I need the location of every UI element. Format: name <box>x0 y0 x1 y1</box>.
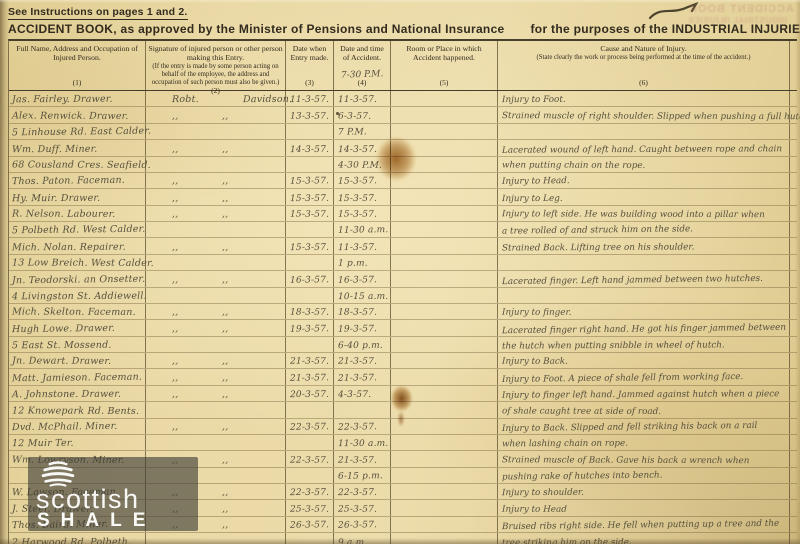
signature-cell: ,,,, <box>146 419 286 434</box>
handwritten-name: Mich. Nolan. Repairer. <box>9 241 126 254</box>
handwritten-signature-ditto: ,, <box>222 110 228 122</box>
handwritten-place <box>391 121 395 122</box>
injury-cell <box>498 124 790 139</box>
handwritten-name: 5 East St. Mossend. <box>9 340 112 353</box>
handwritten-signature: ,, <box>172 209 178 221</box>
handwritten-accident-date: 22-3-57. <box>334 488 377 499</box>
handwritten-name: 5 Linhouse Rd. East Calder. <box>9 126 151 140</box>
accident-date-cell: 21-3-57. <box>334 353 391 368</box>
accident-date-cell: 26-3-57. <box>334 517 391 532</box>
signature-cell: ,,,, <box>146 320 286 335</box>
table-row: Hy. Muir. Drawer. ,,,, 15-3-57. 15-3-57.… <box>9 189 797 205</box>
table-row: 5 Linhouse Rd. East Calder. 7 P.M. <box>9 124 797 140</box>
handwritten-place <box>391 400 395 401</box>
entry-date-cell <box>286 255 334 270</box>
injury-cell: the hutch when putting snibble in wheel … <box>498 337 790 352</box>
handwritten-place <box>391 367 395 368</box>
name-cell: Wm. Duff. Miner. <box>9 140 146 155</box>
handwritten-place <box>391 318 395 319</box>
name-cell: Alex. Renwick. Drawer. <box>9 107 146 122</box>
handwritten-signature-ditto: ,, <box>222 454 228 466</box>
pen-mark-icon <box>648 2 700 22</box>
name-cell: R. Nelson. Labourer. <box>9 206 146 221</box>
handwritten-injury <box>498 138 502 139</box>
table-row: Hugh Lowe. Drawer. ,,,, 19-3-57. 19-3-57… <box>9 320 797 336</box>
handwritten-entry-date: 15-3-57. <box>286 210 329 221</box>
handwritten-injury: Injury to Back. <box>498 357 568 368</box>
entry-date-cell: 21-3-57. <box>286 353 334 368</box>
table-header: Full Name, Address and Occupation of Inj… <box>9 41 797 91</box>
handwritten-accident-date: 7 P.M. <box>334 127 367 138</box>
handwritten-signature: ,, <box>172 372 179 384</box>
injury-cell: Injury to Foot. A piece of shale fell fr… <box>498 369 790 384</box>
accident-date-cell: 4-3-57. <box>334 386 391 401</box>
table-row: 68 Cousland Cres. Seafield. 4-30 P.M. wh… <box>9 157 797 173</box>
handwritten-injury: Lacerated finger. Left hand jammed betwe… <box>498 273 763 287</box>
handwritten-accident-date: 22-3-57. <box>334 422 377 434</box>
entry-date-cell: 16-3-57. <box>286 271 334 286</box>
handwritten-entry-date: 19-3-57. <box>286 324 329 336</box>
handwritten-entry-date: 15-3-57. <box>286 194 329 205</box>
entry-date-cell: 14-3-57. <box>286 140 334 155</box>
injury-cell: when putting chain on the rope. <box>498 157 790 172</box>
handwritten-signature-ditto: ,, <box>222 307 228 319</box>
handwritten-injury: Strained muscle of Back. Gave his back a… <box>498 455 749 467</box>
handwritten-name: Matt. Jamieson. Faceman. <box>9 371 142 385</box>
name-cell: Jn. Teodorski. an Onsetter. <box>9 271 146 286</box>
accident-date-cell: 22-3-57. <box>334 419 391 434</box>
handwritten-entry-date <box>286 351 290 352</box>
handwritten-accident-date: 25-3-57. <box>334 504 377 515</box>
handwritten-place <box>391 171 395 172</box>
column-header-name: Full Name, Address and Occupation of Inj… <box>9 41 146 90</box>
handwritten-signature: ,, <box>172 356 178 368</box>
handwritten-entry-date: 18-3-57. <box>286 308 329 319</box>
handwritten-accident-date: 11-3-57. <box>334 243 377 254</box>
handwritten-signature: Robt. <box>172 94 199 106</box>
handwritten-name: Jn. Dewart. Drawer. <box>9 356 111 368</box>
name-cell: 12 Muir Ter. <box>9 435 146 450</box>
table-row: 5 East St. Mossend. 6-40 p.m. the hutch … <box>9 337 797 353</box>
entry-date-cell: 11-3-57. <box>286 91 334 106</box>
handwritten-signature-ditto: ,, <box>222 520 229 532</box>
handwritten-place <box>391 302 395 303</box>
signature-cell <box>146 255 286 270</box>
accident-date-cell: 21-3-57. <box>334 451 391 466</box>
place-cell <box>391 533 498 544</box>
injury-cell: Injury to Back. <box>498 353 790 368</box>
handwritten-name: Alex. Renwick. Drawer. <box>9 110 129 122</box>
handwritten-entry-date: 15-3-57. <box>286 243 329 254</box>
handwritten-place <box>391 449 395 450</box>
signature-cell <box>146 402 286 417</box>
signature-cell: ,,,, <box>146 304 286 319</box>
scottish-shale-watermark: scottish SHALE <box>28 457 198 531</box>
accident-date-cell <box>334 402 391 417</box>
handwritten-signature: ,, <box>172 421 179 433</box>
handwritten-place <box>391 105 395 106</box>
handwritten-injury: when putting chain on the rope. <box>498 160 645 172</box>
injury-cell: Injury to Foot. <box>498 91 790 106</box>
handwritten-injury: tree striking him on the side. <box>498 537 632 544</box>
entry-date-cell: 19-3-57. <box>286 320 334 335</box>
handwritten-name: Jas. Fairley. Drawer. <box>9 94 113 107</box>
name-cell: Dvd. McPhail. Miner. <box>9 419 146 434</box>
signature-cell <box>146 288 286 303</box>
accident-book-page: See Instructions on pages 1 and 2. ACCID… <box>0 0 800 544</box>
handwritten-accident-date: 6-3-57. <box>334 111 371 122</box>
accident-date-cell: 18-3-57. <box>334 304 391 319</box>
signature-cell: ,,,, <box>146 140 286 155</box>
injury-cell: Injury to left side. He was building woo… <box>498 206 790 221</box>
handwritten-name: Wm. Duff. Miner. <box>9 143 98 155</box>
injury-cell: Strained Back. Lifting tree on his shoul… <box>498 238 790 253</box>
handwritten-signature: ,, <box>172 389 179 401</box>
handwritten-entry-date <box>286 449 290 450</box>
table-row: Wm. Duff. Miner. ,,,, 14-3-57. 14-3-57. … <box>9 140 797 156</box>
handwritten-injury <box>498 302 502 303</box>
name-cell: 2 Harwood Rd. Polbeth. <box>9 533 146 544</box>
accident-date-cell: 11-3-57. <box>334 238 391 253</box>
handwritten-place <box>391 285 395 286</box>
handwritten-injury: the hutch when putting snibble in wheel … <box>498 340 725 352</box>
handwritten-place <box>391 531 395 532</box>
accident-date-cell: 4-30 P.M. <box>334 157 391 172</box>
name-cell: Mich. Nolan. Repairer. <box>9 238 146 253</box>
handwritten-entry-date: 25-3-57. <box>286 504 329 515</box>
watermark-text-shale: SHALE <box>37 510 156 531</box>
signature-cell: ,,,, <box>146 271 286 286</box>
name-cell: 4 Livingston St. Addiewell. <box>9 288 146 303</box>
place-cell <box>391 238 498 253</box>
injury-cell: Injury to Back. Slipped and fell strikin… <box>498 419 790 434</box>
name-cell: 13 Low Breich. West Calder. <box>9 255 146 270</box>
handwritten-accident-date: 1 p.m. <box>334 259 368 270</box>
handwritten-signature-ditto: Davidson. <box>243 94 292 106</box>
entry-date-cell: 13-3-57. <box>286 107 334 122</box>
entry-date-cell: 15-3-57. <box>286 189 334 204</box>
place-cell <box>391 206 498 221</box>
name-cell: A. Johnstone. Drawer. <box>9 386 146 401</box>
injury-cell: Injury to Leg. <box>498 189 790 204</box>
handwritten-injury: pushing rake of hutches into bench. <box>498 470 663 483</box>
table-row: Mich. Skelton. Faceman. ,,,, 18-3-57. 18… <box>9 304 797 320</box>
handwritten-injury: Strained muscle of right shoulder. Slipp… <box>498 111 800 123</box>
handwritten-signature: ,, <box>172 110 178 122</box>
handwritten-place <box>391 253 395 254</box>
handwritten-accident-date: 18-3-57. <box>334 308 377 319</box>
name-cell: Jn. Dewart. Drawer. <box>9 353 146 368</box>
accident-date-cell: 21-3-57. <box>334 369 391 384</box>
accident-date-cell: 1 p.m. <box>334 255 391 270</box>
handwritten-place <box>391 351 395 352</box>
handwritten-name: 2 Harwood Rd. Polbeth. <box>9 536 131 544</box>
handwritten-signature-ditto: ,, <box>222 274 229 286</box>
entry-date-cell <box>286 402 334 417</box>
table-row: 4 Livingston St. Addiewell. 10-15 a.m. <box>9 288 797 304</box>
signature-cell <box>146 337 286 352</box>
accident-date-cell: 14-3-57. <box>334 140 391 155</box>
handwritten-place <box>391 498 395 499</box>
signature-cell: ,,,, <box>146 353 286 368</box>
instructions-note: See Instructions on pages 1 and 2. <box>8 6 188 20</box>
handwritten-accident-date: 9 a.m. <box>334 537 367 544</box>
handwritten-signature-ditto: ,, <box>222 209 228 221</box>
accident-date-cell: 10-15 a.m. <box>334 288 391 303</box>
handwritten-name: Hy. Muir. Drawer. <box>9 192 100 204</box>
place-cell <box>391 500 498 515</box>
injury-cell: tree striking him on the side. <box>498 533 790 544</box>
table-row: Jn. Dewart. Drawer. ,,,, 21-3-57. 21-3-5… <box>9 353 797 369</box>
place-cell <box>391 189 498 204</box>
accident-date-cell: 11-30 a.m. <box>334 435 391 450</box>
entry-date-cell: 22-3-57. <box>286 419 334 434</box>
handwritten-signature-ditto: ,, <box>222 389 229 401</box>
accident-date-cell: 6-40 p.m. <box>334 337 391 352</box>
handwritten-injury: Injury to left side. He was building woo… <box>498 209 765 221</box>
handwritten-signature: ,, <box>172 242 179 254</box>
handwritten-accident-date: 4-3-57. <box>334 390 371 401</box>
column-header-signature: Signature of injured person or other per… <box>146 41 286 90</box>
handwritten-entry-date: 22-3-57. <box>286 455 329 466</box>
entry-date-cell <box>286 337 334 352</box>
handwritten-accident-date: 21-3-57. <box>334 455 377 466</box>
table-row: 5 Polbeth Rd. West Calder. 11-30 a.m. a … <box>9 222 797 238</box>
handwritten-accident-date: 26-3-57. <box>334 520 377 532</box>
handwritten-signature: ,, <box>172 274 179 286</box>
place-cell <box>391 468 498 483</box>
name-cell: 68 Cousland Cres. Seafield. <box>9 157 146 172</box>
place-cell <box>391 386 498 401</box>
injury-cell <box>498 255 790 270</box>
accident-date-cell: 15-3-57. <box>334 189 391 204</box>
handwritten-entry-date: 20-3-57. <box>286 390 329 401</box>
handwritten-name: Thos. Paton. Faceman. <box>9 175 125 188</box>
handwritten-place <box>391 187 395 188</box>
handwritten-entry-date <box>286 236 290 237</box>
table-row: 2 Harwood Rd. Polbeth. 9 a.m. tree strik… <box>9 533 797 544</box>
handwritten-accident-date: 11-3-57. <box>334 95 377 106</box>
handwritten-signature-ditto: ,, <box>222 421 229 433</box>
handwritten-injury: Injury to Back. Slipped and fell strikin… <box>498 421 757 435</box>
handwritten-entry-date <box>286 269 290 270</box>
handwritten-place <box>391 236 395 237</box>
accident-date-cell: 9 a.m. <box>334 533 391 544</box>
signature-cell: ,,,, <box>146 206 286 221</box>
name-cell: Matt. Jamieson. Faceman. <box>9 369 146 384</box>
handwritten-injury: Strained Back. Lifting tree on his shoul… <box>498 242 694 254</box>
handwritten-accident-date: 21-3-57. <box>334 373 377 385</box>
handwritten-place <box>391 465 395 466</box>
signature-cell: ,,,, <box>146 238 286 253</box>
handwritten-injury: when lashing chain on rope. <box>498 439 628 451</box>
entry-date-cell: 22-3-57. <box>286 484 334 499</box>
place-cell <box>391 517 498 532</box>
entry-date-cell <box>286 222 334 237</box>
name-cell: Thos. Paton. Faceman. <box>9 173 146 188</box>
handwritten-signature-ditto: ,, <box>222 372 229 384</box>
handwritten-accident-date: 21-3-57. <box>334 357 377 368</box>
handwritten-entry-date <box>286 416 290 417</box>
handwritten-place <box>391 383 395 384</box>
name-cell: 5 East St. Mossend. <box>9 337 146 352</box>
name-cell: Hugh Lowe. Drawer. <box>9 320 146 335</box>
handwritten-entry-date: 21-3-57. <box>286 357 329 368</box>
handwritten-injury: Injury to Leg. <box>498 193 563 204</box>
place-cell <box>391 271 498 286</box>
injury-cell: Injury to shoulder. <box>498 484 790 499</box>
place-cell <box>391 484 498 499</box>
accident-date-cell: 16-3-57. <box>334 271 391 286</box>
handwritten-name: Mich. Skelton. Faceman. <box>9 307 136 319</box>
handwritten-place <box>391 514 395 515</box>
column-header-accident-date: Date and time of Accident. (4) <box>334 41 391 90</box>
column-header-place: Room or Place in which Accident happened… <box>391 41 498 90</box>
handwritten-signature-ditto: ,, <box>222 242 229 254</box>
handwritten-injury: Injury to shoulder. <box>498 488 584 499</box>
handwritten-injury: Injury to finger left hand. Jammed again… <box>498 389 779 401</box>
entry-date-cell: 21-3-57. <box>286 369 334 384</box>
signature-cell <box>146 435 286 450</box>
table-row: Jn. Teodorski. an Onsetter. ,,,, 16-3-57… <box>9 271 797 287</box>
place-cell <box>391 320 498 335</box>
handwritten-name: 5 Polbeth Rd. West Calder. <box>9 224 146 238</box>
handwritten-entry-date: 15-3-57. <box>286 176 329 188</box>
handwritten-signature: ,, <box>172 323 179 335</box>
signature-cell: Robt.Davidson. <box>146 91 286 106</box>
injury-cell: Injury to finger left hand. Jammed again… <box>498 386 790 401</box>
entry-date-cell: 22-3-57. <box>286 451 334 466</box>
injury-cell: of shale caught tree at side of road. <box>498 402 790 417</box>
accident-date-cell: 25-3-57. <box>334 500 391 515</box>
injury-cell: Lacerated finger. Left hand jammed betwe… <box>498 271 790 286</box>
accident-date-cell: 15-3-57. <box>334 173 391 188</box>
handwritten-place <box>391 154 395 155</box>
handwritten-accident-date: 15-3-57. <box>334 194 377 205</box>
handwritten-accident-date <box>334 416 338 417</box>
handwritten-place <box>391 481 395 482</box>
signature-cell <box>146 157 286 172</box>
injury-cell: pushing rake of hutches into bench. <box>498 468 790 483</box>
handwritten-entry-date: 22-3-57. <box>286 422 329 434</box>
table-row: Thos. Paton. Faceman. ,,,, 15-3-57. 15-3… <box>9 173 797 189</box>
accident-date-cell: 11-30 a.m. <box>334 222 391 237</box>
handwritten-name: Jn. Teodorski. an Onsetter. <box>9 273 145 287</box>
table-row: Alex. Renwick. Drawer. ,,,, 13-3-57. 6-3… <box>9 107 797 123</box>
accident-date-cell: 22-3-57. <box>334 484 391 499</box>
handwritten-signature: ,, <box>172 307 178 319</box>
handwritten-entry-date <box>286 481 290 482</box>
handwritten-injury: a tree rolled of and struck him on the s… <box>498 225 693 238</box>
handwritten-signature-ditto: ,, <box>222 193 229 205</box>
entry-date-cell: 20-3-57. <box>286 386 334 401</box>
accident-date-cell: 15-3-57. <box>334 206 391 221</box>
handwritten-entry-date: 11-3-57. <box>286 95 329 106</box>
handwritten-accident-date: 6-15 p.m. <box>334 471 383 483</box>
accident-date-cell: 11-3-57. <box>334 91 391 106</box>
handwritten-name: 13 Low Breich. West Calder. <box>9 258 154 271</box>
handwritten-name: Hugh Lowe. Drawer. <box>9 322 115 335</box>
handwritten-entry-date: 16-3-57. <box>286 275 329 287</box>
entry-date-cell: 26-3-57. <box>286 517 334 532</box>
place-cell <box>391 419 498 434</box>
handwritten-accident-date: 10-15 a.m. <box>334 292 388 303</box>
table-row: R. Nelson. Labourer. ,,,, 15-3-57. 15-3-… <box>9 206 797 222</box>
injury-cell: Bruised ribs right side. He fell when pu… <box>498 517 790 532</box>
entry-date-cell: 15-3-57. <box>286 238 334 253</box>
place-cell <box>391 91 498 106</box>
entry-date-cell: 15-3-57. <box>286 173 334 188</box>
title-left: ACCIDENT BOOK, as approved by the Minist… <box>8 22 505 36</box>
table-row: Matt. Jamieson. Faceman. ,,,, 21-3-57. 2… <box>9 369 797 385</box>
signature-cell: ,,,, <box>146 369 286 384</box>
signature-cell: ,,,, <box>146 386 286 401</box>
handwritten-name: 12 Muir Ter. <box>9 438 74 450</box>
ink-speck <box>336 112 339 115</box>
handwritten-accident-date: 15-3-57. <box>334 176 377 188</box>
handwritten-entry-date: 22-3-57. <box>286 488 329 499</box>
place-cell <box>391 157 498 172</box>
handwritten-name: 68 Cousland Cres. Seafield. <box>9 159 151 171</box>
handwritten-entry-date: 13-3-57. <box>286 111 329 122</box>
signature-cell: ,,,, <box>146 107 286 122</box>
place-cell <box>391 337 498 352</box>
handwritten-accident-date: 6-40 p.m. <box>334 341 383 352</box>
name-cell: Mich. Skelton. Faceman. <box>9 304 146 319</box>
handwritten-name: 4 Livingston St. Addiewell. <box>9 291 147 304</box>
place-cell <box>391 222 498 237</box>
handwritten-injury: Injury to Head. <box>498 176 570 188</box>
injury-cell: Injury to finger. <box>498 304 790 319</box>
handwritten-injury: Injury to Head <box>498 504 567 515</box>
handwritten-accident-date: 19-3-57. <box>334 324 377 336</box>
handwritten-accident-date: 4-30 P.M. <box>334 160 382 171</box>
place-cell <box>391 124 498 139</box>
handwritten-signature-ditto: ,, <box>222 176 229 188</box>
handwritten-name <box>9 481 12 482</box>
table-row: 13 Low Breich. West Calder. 1 p.m. <box>9 255 797 271</box>
injury-cell: Lacerated wound of left hand. Caught bet… <box>498 140 790 155</box>
handwritten-accident-date: 15-3-57. <box>334 210 377 221</box>
handwritten-entry-date <box>286 171 290 172</box>
accident-date-cell: 19-3-57. <box>334 320 391 335</box>
handwritten-entry-date: 21-3-57. <box>286 373 329 385</box>
place-cell <box>391 288 498 303</box>
entry-date-cell: 25-3-57. <box>286 500 334 515</box>
entry-date-cell <box>286 288 334 303</box>
handwritten-name: 12 Knowepark Rd. Bents. <box>9 405 139 417</box>
injury-cell: a tree rolled of and struck him on the s… <box>498 222 790 237</box>
handwritten-accident-date: 11-30 a.m. <box>334 439 388 450</box>
place-cell <box>391 173 498 188</box>
entry-date-cell: 15-3-57. <box>286 206 334 221</box>
handwritten-signature-ditto: ,, <box>222 143 229 155</box>
table-row: Jas. Fairley. Drawer. Robt.Davidson. 11-… <box>9 91 797 107</box>
handwritten-name: R. Nelson. Labourer. <box>9 209 116 221</box>
handwritten-injury: of shale caught tree at side of road. <box>498 406 661 418</box>
table-row: Mich. Nolan. Repairer. ,,,, 15-3-57. 11-… <box>9 238 797 254</box>
table-row: A. Johnstone. Drawer. ,,,, 20-3-57. 4-3-… <box>9 386 797 402</box>
place-cell <box>391 451 498 466</box>
handwritten-injury: Injury to Foot. <box>498 95 566 106</box>
signature-cell: ,,,, <box>146 173 286 188</box>
name-cell: 5 Polbeth Rd. West Calder. <box>9 222 146 237</box>
accident-date-cell: 6-3-57. <box>334 107 391 122</box>
name-cell: Hy. Muir. Drawer. <box>9 189 146 204</box>
entry-date-cell <box>286 468 334 483</box>
page-title: ACCIDENT BOOK, as approved by the Minist… <box>8 22 795 36</box>
place-cell <box>391 402 498 417</box>
